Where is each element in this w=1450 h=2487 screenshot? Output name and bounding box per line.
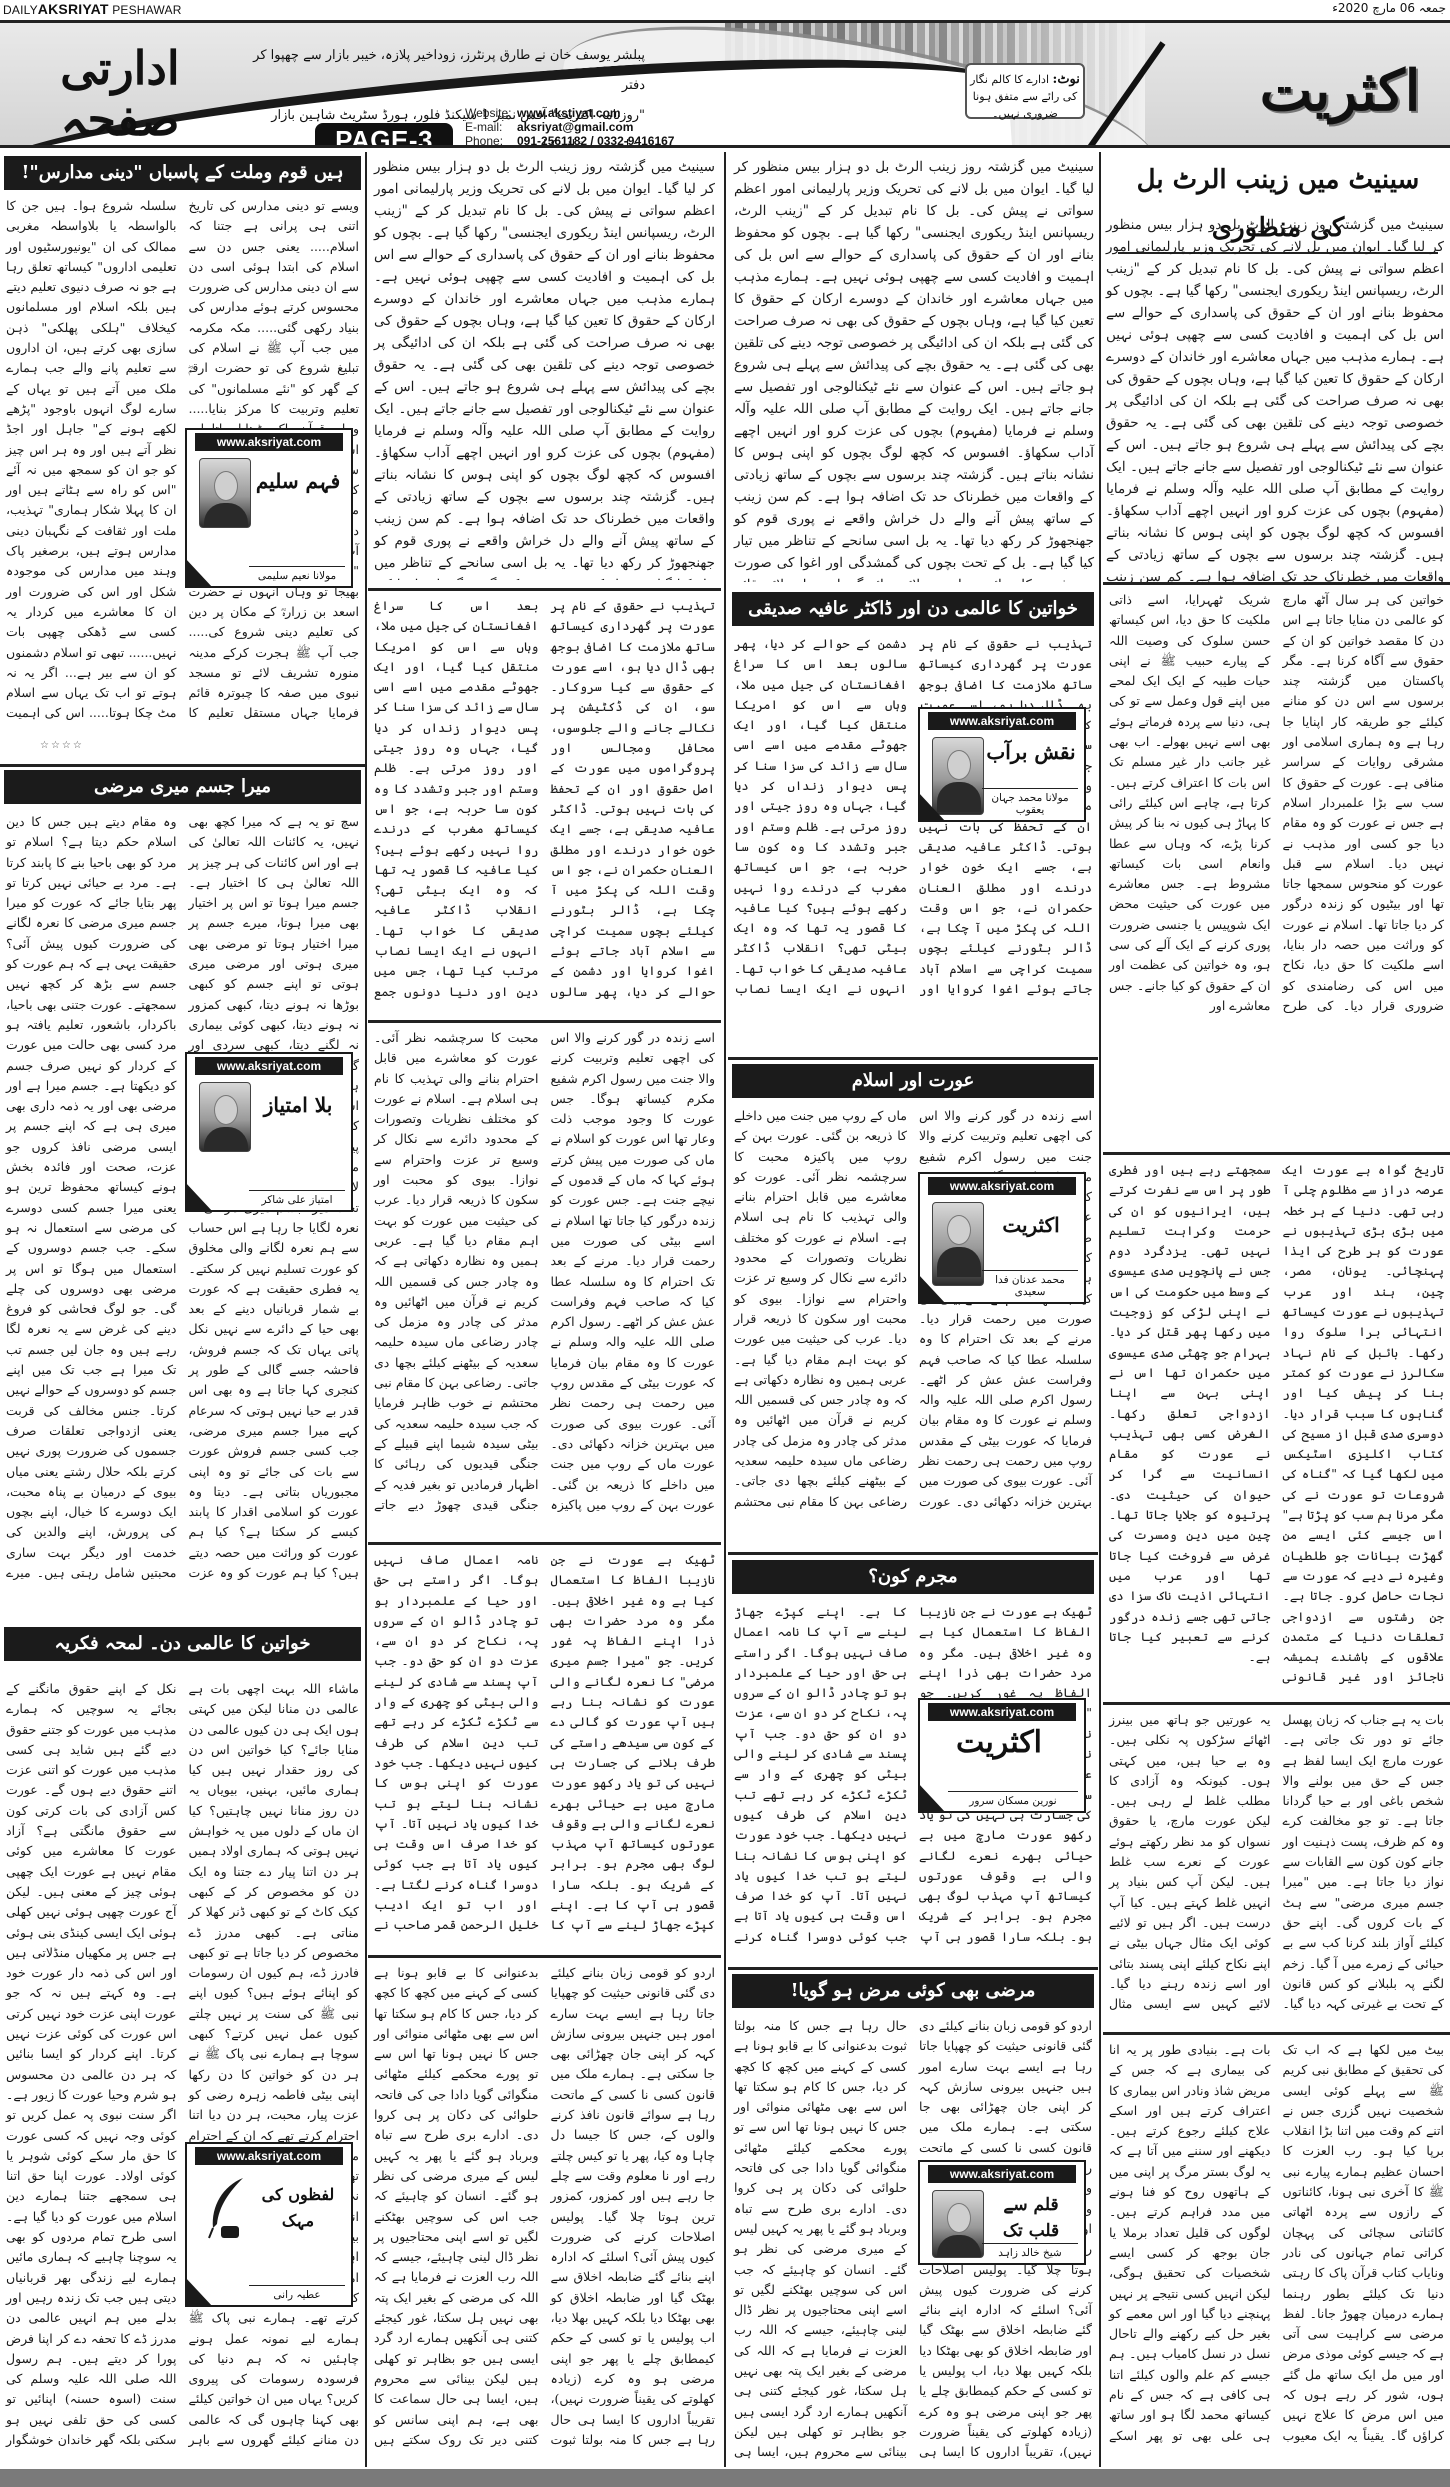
- editorial-continuation: سینیٹ میں گزشتہ روز زینب الرٹ بل دو ہزار…: [368, 152, 721, 580]
- author-photo: [199, 458, 251, 528]
- article-headline: مرضی بھی کوئی مرض ہو گویا!: [732, 1974, 1094, 2008]
- article-body: ماشاء اللہ بہت اچھی بات ہے عالمی دن منان…: [6, 1679, 359, 2459]
- article-khawateen-lamha-fikriya: خواتین کا عالمی دن۔ لمحہ فکریہ ماشاء الل…: [0, 1627, 365, 2467]
- brand-city: PESHAWAR: [112, 3, 181, 17]
- article-body-cont: ٹھیک ہے عورت نے جن نازیبا الفاظ کا استعم…: [374, 1550, 715, 1945]
- author-name: مولانا محمد جہان یعقوب: [982, 788, 1078, 816]
- byline-url: www.aksriyat.com: [195, 2147, 343, 2165]
- article-headline: عورت اور اسلام: [732, 1064, 1094, 1098]
- columnist-byline: www.aksriyat.com قلم سے قلب تک شیخ خالد …: [918, 2160, 1086, 2265]
- article-headline: مجرم کون؟: [732, 1560, 1094, 1594]
- article-marzi-bhi-marz: مرضی بھی کوئی مرض ہو گویا! اردو کو قومی …: [728, 1974, 1098, 2467]
- phone-number: 091-2561182 / 0332-9416167: [517, 134, 674, 148]
- author-name: عطیہ رانی: [249, 2285, 345, 2301]
- columnist-byline: www.aksriyat.com فہم سلیم مولانا نعیم سل…: [185, 428, 353, 588]
- website-link[interactable]: www.akstiyat.com: [517, 106, 621, 120]
- mujrim-continuation: ٹھیک ہے عورت نے جن نازیبا الفاظ کا استعم…: [368, 1548, 721, 1948]
- byline-url: www.aksriyat.com: [928, 2165, 1076, 2183]
- section-divider: [368, 1955, 721, 1958]
- article-headline: خواتین کا عالمی دن اور ڈاکٹر عافیہ صدیقی: [732, 592, 1094, 626]
- email-label: E-mail:: [465, 120, 517, 134]
- column-right: خواتین کی ہر سال آٹھ مارچ کو عالمی دن من…: [1103, 152, 1450, 2467]
- author-name: امتیاز علی شاکر: [249, 1190, 345, 1206]
- phone-label: Phone:: [465, 134, 517, 148]
- note-label: نوٹ:: [1053, 72, 1080, 87]
- columnist-byline: www.aksriyat.com لفظوں کی مہک عطیہ رانی: [185, 2142, 353, 2307]
- article-headline: ہیں قوم وملت کے پاسباں "دینی مدارس"!: [4, 156, 361, 190]
- section-divider: [1103, 1702, 1450, 1705]
- section-divider: [728, 1057, 1098, 1060]
- byline-corner: [185, 1182, 213, 1212]
- page-number-badge: PAGE-3: [315, 123, 453, 148]
- author-name: مولانا نعیم سلیمی: [249, 566, 345, 582]
- section-divider: [728, 1552, 1098, 1555]
- section-divider: [1103, 1152, 1450, 1155]
- article-afia-siddiqui: خواتین کا عالمی دن اور ڈاکٹر عافیہ صدیقی…: [728, 592, 1098, 1022]
- article-body: تہذیب نے حقوق کے نام پر عورت پر گھرداری …: [734, 634, 1092, 1019]
- article-body-cont: اسے زندہ در گور کرنے والا اس کی اچھی تعل…: [374, 1028, 715, 1533]
- article-mujrim-kaun: مجرم کون؟ ٹھیک ہے عورت نے جن نازیبا الفا…: [728, 1560, 1098, 1960]
- columnist-byline: www.aksriyat.com نقش برآب مولانا محمد جہ…: [918, 707, 1086, 822]
- byline-url: www.aksriyat.com: [195, 433, 343, 451]
- footer-band: [0, 2469, 1450, 2487]
- article-headline: میرا جسم میری مرضی: [4, 770, 361, 804]
- byline-url: www.aksriyat.com: [928, 712, 1076, 730]
- article-mera-jism: میرا جسم میری مرضی سچ تو یہ ہے کہ میرا ک…: [0, 770, 365, 1605]
- disclaimer-note: نوٹ: ادارے کا کالم نگار کی رائے سے متفق …: [965, 63, 1085, 119]
- section-divider: [368, 1542, 721, 1545]
- section-divider: [368, 1020, 721, 1023]
- article-body: خواتین کی ہر سال آٹھ مارچ کو عالمی دن من…: [1109, 590, 1444, 1145]
- brand-prefix: DAILY: [3, 3, 38, 17]
- column-left: ہیں قوم وملت کے پاسباں "دینی مدارس"! ویس…: [0, 152, 365, 2467]
- section-divider: [1103, 2032, 1450, 2035]
- column-name: فہم سلیم: [253, 468, 343, 494]
- byline-corner: [185, 558, 213, 588]
- column-name: بلا امتیاز: [253, 1092, 343, 1118]
- article-body-cont: اردو کو قومی زبان بنانے کیلئے دی گئی قان…: [374, 1963, 715, 2463]
- end-mark: ☆☆☆☆: [40, 740, 84, 751]
- author-photo: [199, 1082, 251, 1152]
- section-divider: [368, 588, 721, 591]
- author-photo: [932, 1202, 984, 1286]
- masthead: ادارتی صفحہ پبلشر یوسف خان نے طارق پرنٹر…: [0, 20, 1450, 148]
- article-right-mid: تاریخ گواہ ہے عورت ایک عرصہ دراز سے مظلو…: [1103, 1158, 1450, 1698]
- editorial-body-col2: سینیٹ میں گزشتہ روز زینب الرٹ بل دو ہزار…: [734, 156, 1094, 576]
- byline-corner: [918, 1783, 946, 1813]
- byline-url: www.aksriyat.com: [195, 1057, 343, 1075]
- article-right-top: خواتین کی ہر سال آٹھ مارچ کو عالمی دن من…: [1103, 588, 1450, 1148]
- column-name: اکثریت: [986, 1212, 1076, 1238]
- column-name: لفظوں کی مہک: [253, 2182, 343, 2234]
- author-name: شیخ خالد زاہد: [982, 2243, 1078, 2259]
- page-title: ادارتی صفحہ: [10, 43, 230, 144]
- column-divider: [724, 152, 726, 2467]
- column-name: اکثریت: [944, 1730, 1054, 1756]
- article-deeni-madaris: ہیں قوم وملت کے پاسباں "دینی مدارس"! ویس…: [0, 152, 365, 757]
- author-photo: [932, 2190, 984, 2258]
- columnist-byline: www.aksriyat.com اکثریت نورین مسکان سرور: [918, 1698, 1086, 1813]
- website-label: Website:: [465, 106, 517, 120]
- column-center-left: سینیٹ میں گزشتہ روز زینب الرٹ بل دو ہزار…: [368, 152, 721, 2467]
- article-right-lower: بات یہ ہے جناب کہ زبان پھسل جائے تو دور …: [1103, 1708, 1450, 2028]
- email-link[interactable]: aksriyat@gmail.com: [517, 120, 633, 134]
- issue-date: جمعہ 06 مارچ 2020ء: [1332, 1, 1446, 15]
- column-name: قلم سے قلب تک: [986, 2192, 1076, 2244]
- article-body: تاریخ گواہ ہے عورت ایک عرصہ دراز سے مظلو…: [1109, 1160, 1444, 1695]
- author-name: نورین مسکان سرور: [948, 1791, 1078, 1807]
- columnist-byline: www.aksriyat.com اکثریت محمد عدنان فدا س…: [918, 1172, 1086, 1304]
- contact-info: Website:www.akstiyat.com E-mail:aksriyat…: [465, 106, 725, 148]
- article-body: اسے زندہ در گور کرنے والا اس کی اچھی تعل…: [734, 1106, 1092, 1531]
- section-divider: [728, 1967, 1098, 1970]
- section-divider: [0, 764, 365, 767]
- columnist-byline: www.aksriyat.com بلا امتیاز امتیاز علی ش…: [185, 1052, 353, 1212]
- column-divider: [365, 152, 367, 2467]
- publisher-line-1: پبلشر یوسف خان نے طارق پرنٹرز، زوداخیر پ…: [245, 41, 645, 101]
- aurat-islam-continuation: اسے زندہ در گور کرنے والا اس کی اچھی تعل…: [368, 1026, 721, 1536]
- section-divider: [1103, 582, 1450, 585]
- article-headline: خواتین کا عالمی دن۔ لمحہ فکریہ: [4, 1627, 361, 1661]
- column-name: نقش برآب: [986, 739, 1076, 765]
- afia-continuation: تہذیب نے حقوق کے نام پر عورت پر گھرداری …: [368, 594, 721, 1014]
- article-body: بات یہ ہے جناب کہ زبان پھسل جائے تو دور …: [1109, 1710, 1444, 2025]
- brand-name: AKSRIYAT: [38, 1, 109, 17]
- byline-corner: [185, 2277, 213, 2307]
- article-right-bottom: بیٹ میں لکھا ہے کہ اب تک کی تحقیق کے مطا…: [1103, 2038, 1450, 2468]
- author-photo: [932, 737, 984, 815]
- marzi-continuation: اردو کو قومی زبان بنانے کیلئے دی گئی قان…: [368, 1961, 721, 2466]
- newspaper-logo: اکثریت: [1255, 41, 1425, 141]
- article-body-cont: تہذیب نے حقوق کے نام پر عورت پر گھرداری …: [374, 596, 715, 1011]
- author-name: محمد عدنان فدا سعیدی: [982, 1270, 1078, 1298]
- byline-url: www.aksriyat.com: [928, 1177, 1076, 1195]
- top-strip: DAILYAKSRIYAT PESHAWAR جمعہ 06 مارچ 2020…: [0, 0, 1450, 18]
- article-aurat-aur-islam: عورت اور اسلام اسے زندہ در گور کرنے والا…: [728, 1064, 1098, 1534]
- byline-url: www.aksriyat.com: [928, 1703, 1076, 1721]
- quill-pen-icon: [203, 2176, 249, 2240]
- newspaper-brand: DAILYAKSRIYAT PESHAWAR: [3, 1, 182, 17]
- article-body: بیٹ میں لکھا ہے کہ اب تک کی تحقیق کے مطا…: [1109, 2040, 1444, 2465]
- editorial-body-cont: سینیٹ میں گزشتہ روز زینب الرٹ بل دو ہزار…: [374, 156, 715, 576]
